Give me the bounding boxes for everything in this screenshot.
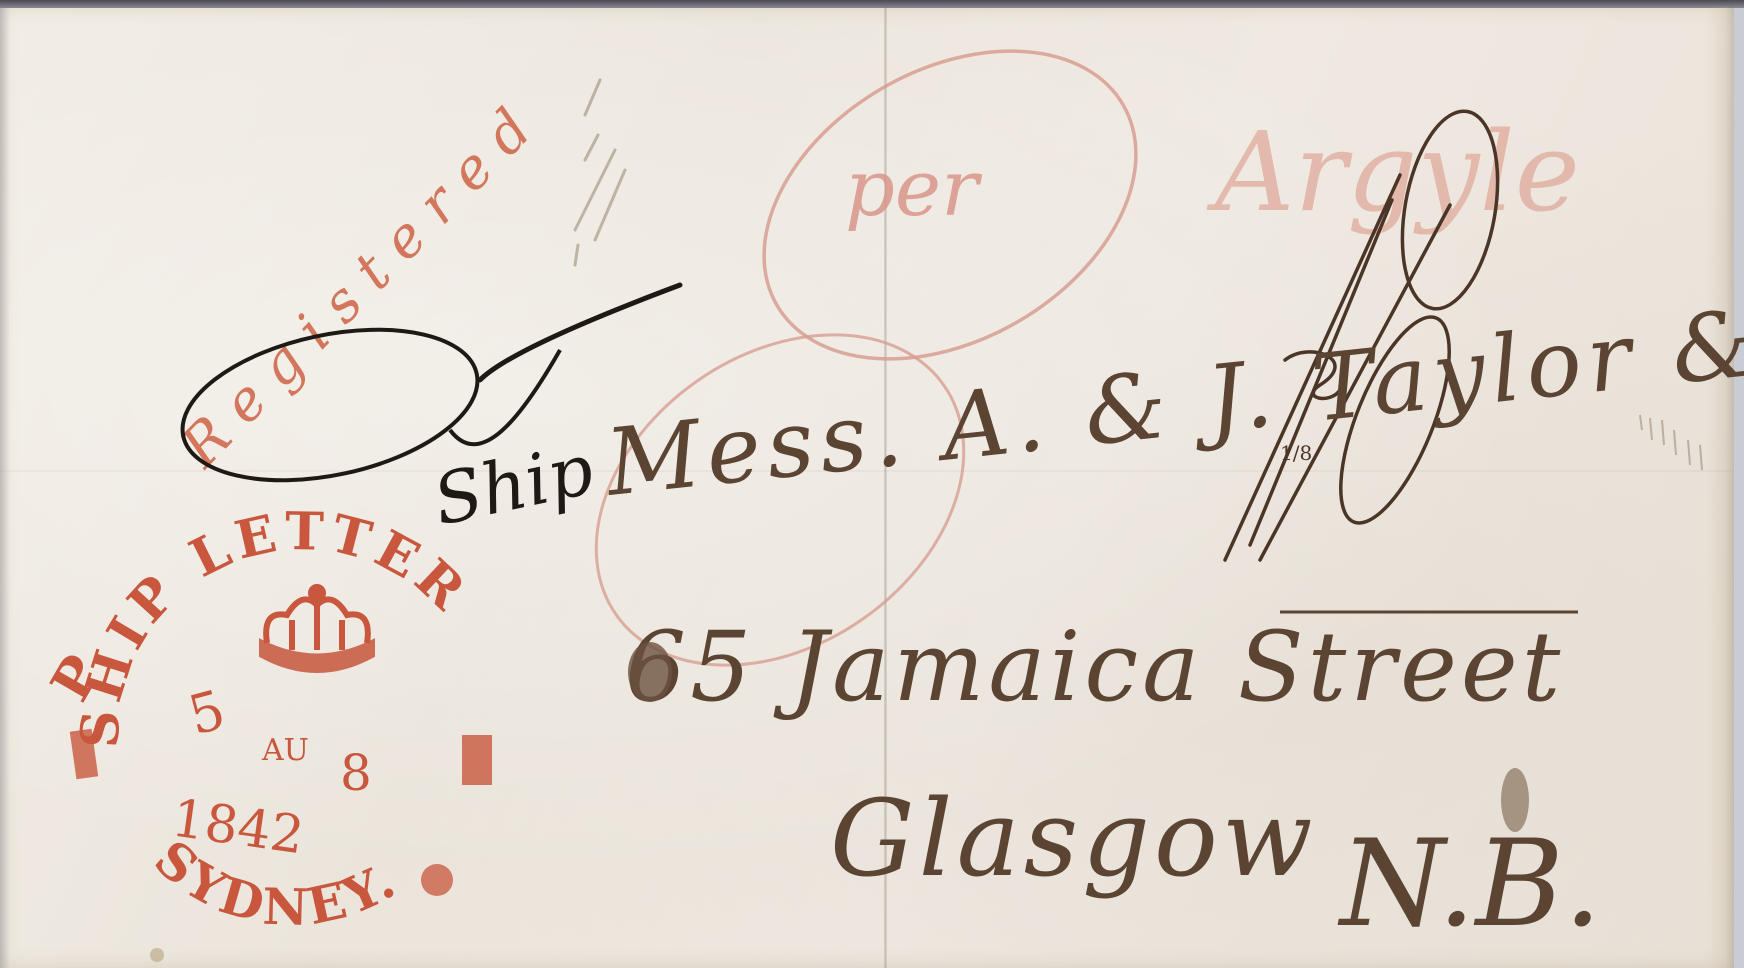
postmark-day2: 8 — [340, 744, 372, 802]
svg-text:Registered: Registered — [168, 84, 557, 480]
per-text: per — [845, 144, 983, 234]
crown-icon — [262, 587, 372, 670]
postmark-top-text: SHIP LETTER — [70, 501, 481, 749]
address-line-3: Glasgow — [830, 777, 1317, 900]
postmark-day: 5 — [182, 678, 231, 748]
address-line-2: 65 Jamaica Street — [625, 611, 1564, 723]
black-ship-text: Ship — [426, 428, 600, 542]
paper-stain — [150, 948, 164, 962]
right-edge-smudge — [1640, 415, 1702, 470]
markings-layer: Registered Ship per Argyle 1/8 Mess — [0, 0, 1744, 968]
address-line-3-suffix: N.B. — [1337, 815, 1602, 954]
address-line-1: Mess. A. & J. Taylor & Co — [599, 271, 1744, 517]
svg-text:SHIP LETTER: SHIP LETTER — [70, 501, 481, 749]
address-block: Mess. A. & J. Taylor & Co 65 Jamaica Str… — [599, 271, 1744, 954]
postmark-month: AU — [261, 733, 309, 768]
registered-text: Registered — [168, 84, 557, 480]
ship-letter-sydney-postmark: SHIP LETTER P SYDNEY. 5 AU 8 1842 — [38, 501, 492, 937]
registered-handstamp: Registered — [168, 80, 625, 480]
ship-name-text: Argyle — [1206, 108, 1580, 236]
